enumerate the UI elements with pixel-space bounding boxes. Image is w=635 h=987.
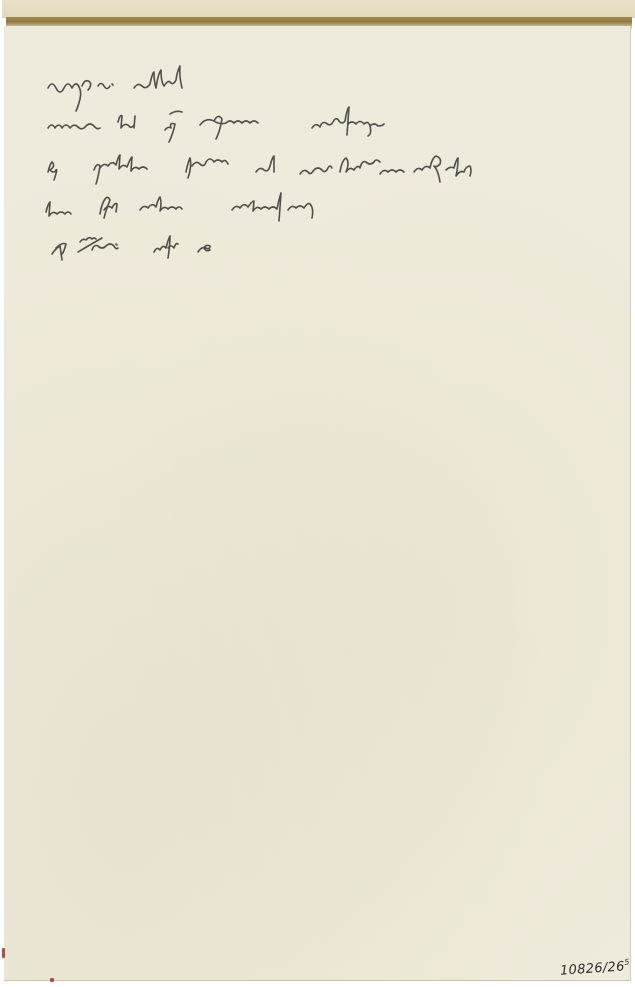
handwritten-line-4 xyxy=(46,193,313,221)
handwritten-line-2 xyxy=(48,107,384,142)
catalog-number-superscript: 5 xyxy=(624,958,630,967)
handwritten-line-3 xyxy=(48,155,471,184)
handwriting-layer xyxy=(0,0,635,987)
handwritten-line-5 xyxy=(52,236,210,260)
handwritten-line-1 xyxy=(48,66,182,111)
